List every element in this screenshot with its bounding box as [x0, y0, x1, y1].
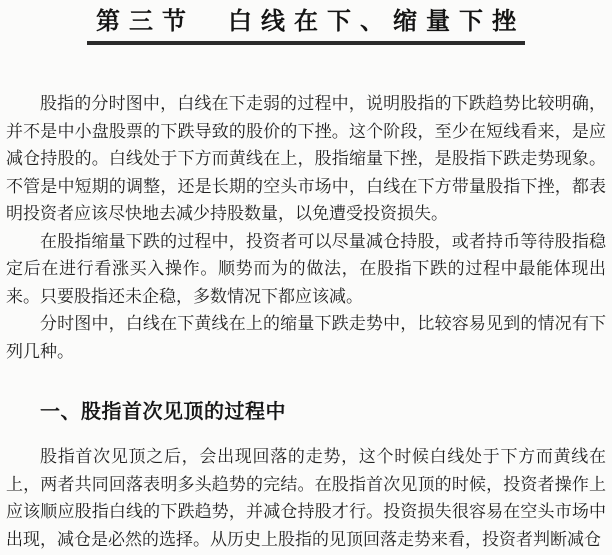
chapter-title: 第三节 白线在下、缩量下挫: [87, 7, 525, 45]
paragraph-intro-3: 分时图中，白线在下黄线在上的缩量下跌走势中，比较容易见到的情况有下列几种。: [6, 310, 606, 365]
paragraph-intro-2: 在股指缩量下跌的过程中，投资者可以尽量减仓持股，或者持币等待股指稳定后在进行看涨…: [6, 228, 606, 311]
paragraph-intro-1: 股指的分时图中，白线在下走弱的过程中，说明股指的下跌趋势比较明确，并不是中小盘股…: [6, 90, 606, 228]
book-page: 第三节 白线在下、缩量下挫 股指的分时图中，白线在下走弱的过程中，说明股指的下跌…: [0, 0, 612, 555]
paragraph-section-1: 股指首次见顶之后，会出现回落的走势，这个时候白线处于下方而黄线在上，两者共同回落…: [6, 443, 606, 553]
chapter-title-row: 第三节 白线在下、缩量下挫: [0, 0, 612, 45]
page-content: 股指的分时图中，白线在下走弱的过程中，说明股指的下跌趋势比较明确，并不是中小盘股…: [0, 90, 612, 553]
subsection-heading: 一、股指首次见顶的过程中: [6, 398, 606, 426]
